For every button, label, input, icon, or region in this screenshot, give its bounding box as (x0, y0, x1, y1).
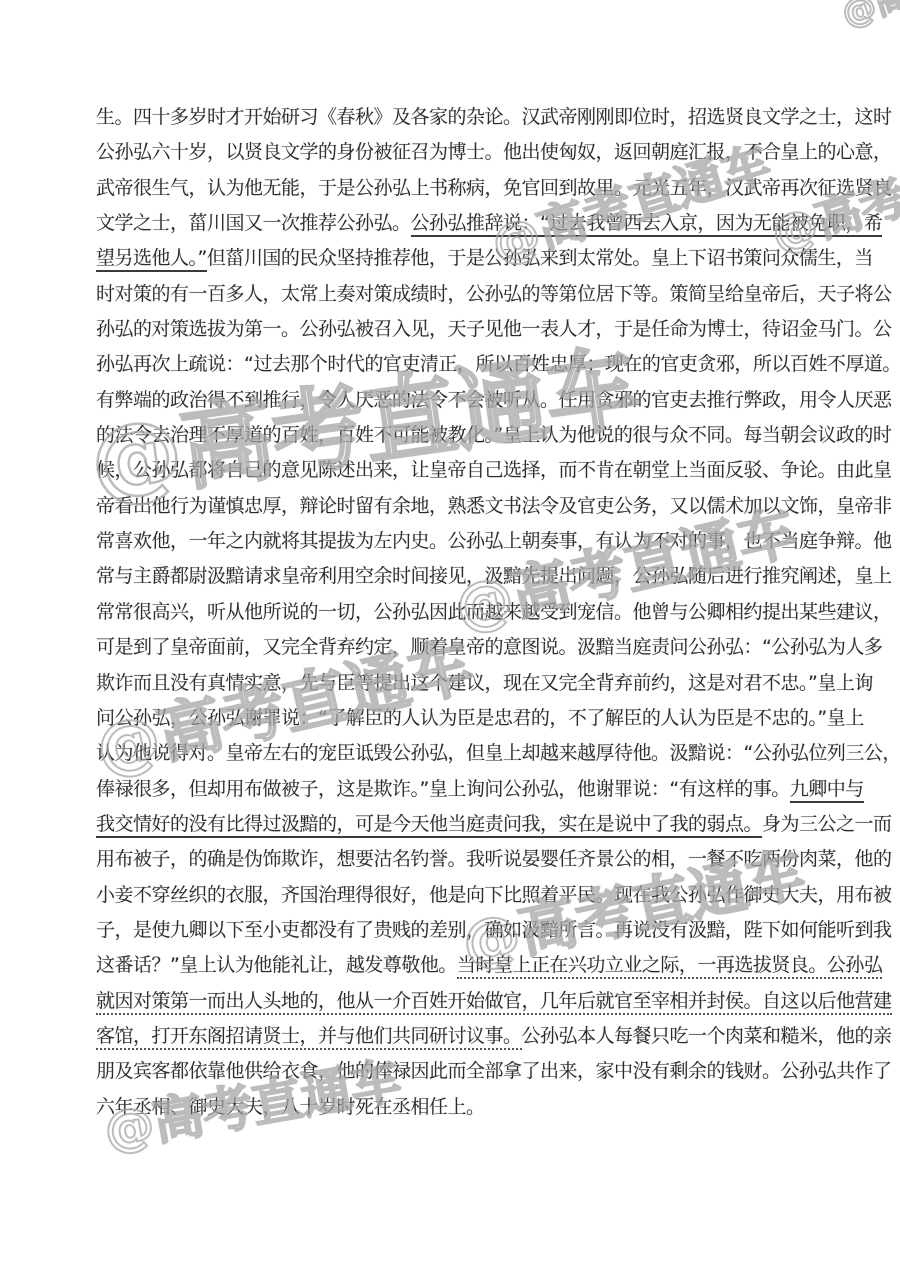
text-line: 的法令去治理不厚道的百姓，百姓不可能被教化。”皇上认为他说的很与众不同。每当朝会… (96, 418, 900, 453)
text-segment: 这番话？”皇上认为他能礼让，越发尊敬他。 (96, 954, 457, 976)
text-segment: 时对策的有一百多人，太常上奏对策成绩时，公孙弘的等第位居下等。策简呈给皇帝后，天… (96, 283, 892, 305)
text-segment: 常常很高兴，听从他所说的一切，公孙弘因此而越来越受到宠信。他曾与公卿相约提出某些… (96, 601, 892, 623)
text-line: 俸禄很多，但却用布做被子，这是欺诈。”皇上询问公孙弘，他谢罪说：“有这样的事。九… (96, 772, 900, 807)
text-line: 可是到了皇帝面前，又完全背弃约定，顺着皇帝的意图说。汲黯当庭责问公孙弘：“公孙弘… (96, 630, 900, 665)
text-segment: 常喜欢他，一年之内就将其提拔为左内史。公孙弘上朝奏事，有认为不对的事，也不当庭争… (96, 530, 892, 552)
text-line: 常喜欢他，一年之内就将其提拔为左内史。公孙弘上朝奏事，有认为不对的事，也不当庭争… (96, 524, 900, 559)
text-segment: 孙弘的对策选拔为第一。公孙弘被召入见，天子见他一表人才，于是任命为博士，待诏金马… (96, 318, 892, 340)
text-segment: 的法令去治理不厚道的百姓，百姓不可能被教化。”皇上认为他说的很与众不同。每当朝会… (96, 424, 891, 446)
text-segment: 但菑川国的民众坚持推荐他，于是公孙弘来到太常处。皇上下诏书策问众儒生，当 (207, 247, 873, 269)
scanned-document-page: @高考直通车 @高考直通车 @高考直通车 @高考直通车 @高考直通车 @高考直通… (0, 0, 900, 1272)
text-line: 候，公孙弘都将自己的意见陈述出来，让皇帝自己选择，而不肯在朝堂上当面反驳、争论。… (96, 453, 900, 488)
text-line: 欺诈而且没有真情实意，先与臣等提出这个建议，现在又完全背弃前约，这是对君不忠。”… (96, 666, 900, 701)
text-line: 常与主爵都尉汲黯请求皇帝利用空余时间接见，汲黯先提出问题，公孙弘随后进行推究阐述… (96, 559, 900, 594)
text-line: 望另选他人。”但菑川国的民众坚持推荐他，于是公孙弘来到太常处。皇上下诏书策问众儒… (96, 241, 900, 276)
text-line: 孙弘再次上疏说：“过去那个时代的官吏清正，所以百姓忠厚；现在的官吏贪邪，所以百姓… (96, 347, 900, 382)
text-line: 时对策的有一百多人，太常上奏对策成绩时，公孙弘的等第位居下等。策简呈给皇帝后，天… (96, 277, 900, 312)
text-segment: 候，公孙弘都将自己的意见陈述出来，让皇帝自己选择，而不肯在朝堂上当面反驳、争论。… (96, 459, 892, 481)
underlined-text-segment: 客馆，打开东阁招请贤士，并与他们共同研讨议事。 (96, 1025, 522, 1050)
text-line: 生。四十多岁时才开始研习《春秋》及各家的杂论。汉武帝刚刚即位时，招选贤良文学之士… (96, 100, 900, 135)
text-segment: 公孙弘本人每餐只吃一个肉菜和糙米，他的亲 (522, 1025, 892, 1047)
text-line: 认为他说得对。皇帝左右的宠臣诋毁公孙弘，但皇上却越来越厚待他。汲黯说：“公孙弘位… (96, 736, 900, 771)
text-segment: 欺诈而且没有真情实意，先与臣等提出这个建议，现在又完全背弃前约，这是对君不忠。”… (96, 672, 873, 694)
text-segment: 生。四十多岁时才开始研习《春秋》及各家的杂论。汉武帝刚刚即位时，招选贤良文学之士… (96, 106, 892, 128)
text-segment: 小妾不穿丝织的衣服，齐国治理得很好，他是向下比照着平民。现在我公孙弘作御史大夫，… (96, 884, 892, 906)
text-segment: 公孙弘六十岁，以贤良文学的身份被征召为博士。他出使匈奴，返回朝庭汇报，不合皇上的… (96, 141, 892, 163)
text-line: 文学之士，菑川国又一次推荐公孙弘。公孙弘推辞说：“过去我曾西去入京，因为无能被免… (96, 206, 900, 241)
text-line: 武帝很生气，认为他无能，于是公孙弘上书称病，免官回到故里。元光五年，汉武帝再次征… (96, 171, 900, 206)
underlined-text-segment: 当时皇上正在兴功立业之际，一再选拔贤良。公孙弘 (457, 954, 883, 979)
underlined-text-segment: 九卿中与 (790, 778, 864, 803)
underlined-text-segment: 公孙弘推辞说：“过去我曾西去入京，因为无能被免职，希 (411, 212, 883, 237)
text-segment: 子，是使九卿以下至小吏都没有了贵贱的差别，确如汲黯所言。再说没有汲黯，陛下如何能… (96, 919, 892, 941)
text-line: 常常很高兴，听从他所说的一切，公孙弘因此而越来越受到宠信。他曾与公卿相约提出某些… (96, 595, 900, 630)
text-line: 用布被子，的确是伪饰欺诈，想要沽名钓誉。我听说晏婴任齐景公的相，一餐不吃两份肉菜… (96, 842, 900, 877)
text-line: 有弊端的政治得不到推行，令人厌恶的法令不会被听从。任用贪邪的官吏去推行弊政，用令… (96, 383, 900, 418)
text-segment: 帝看出他行为谨慎忠厚，辩论时留有余地，熟悉文书法令及官吏公务，又以儒术加以文饰，… (96, 495, 892, 517)
text-segment: 朋及宾客都依靠他供给衣食，他的俸禄因此而全部拿了出来，家中没有剩余的钱财。公孙弘… (96, 1060, 892, 1082)
text-segment: 认为他说得对。皇帝左右的宠臣诋毁公孙弘，但皇上却越来越厚待他。汲黯说：“公孙弘位… (96, 742, 900, 764)
text-line: 朋及宾客都依靠他供给衣食，他的俸禄因此而全部拿了出来，家中没有剩余的钱财。公孙弘… (96, 1054, 900, 1089)
text-line: 就因对策第一而出人头地的，他从一介百姓开始做官，几年后就官至宰相并封侯。自这以后… (96, 984, 900, 1019)
text-line: 问公孙弘，公孙弘谢罪说：“了解臣的人认为臣是忠君的，不了解臣的人认为臣是不忠的。… (96, 701, 900, 736)
text-segment: 孙弘再次上疏说：“过去那个时代的官吏清正，所以百姓忠厚；现在的官吏贪邪，所以百姓… (96, 353, 900, 375)
text-segment: 六年丞相、御史大夫，八十岁时死在丞相任上。 (96, 1096, 485, 1118)
text-segment: 有弊端的政治得不到推行，令人厌恶的法令不会被听从。任用贪邪的官吏去推行弊政，用令… (96, 389, 892, 411)
text-segment: 常与主爵都尉汲黯请求皇帝利用空余时间接见，汲黯先提出问题，公孙弘随后进行推究阐述… (96, 565, 892, 587)
text-line: 公孙弘六十岁，以贤良文学的身份被征召为博士。他出使匈奴，返回朝庭汇报，不合皇上的… (96, 135, 900, 170)
text-segment: 俸禄很多，但却用布做被子，这是欺诈。”皇上询问公孙弘，他谢罪说：“有这样的事。 (96, 778, 790, 800)
text-segment: 用布被子，的确是伪饰欺诈，想要沽名钓誉。我听说晏婴任齐景公的相，一餐不吃两份肉菜… (96, 848, 892, 870)
document-body-text: 生。四十多岁时才开始研习《春秋》及各家的杂论。汉武帝刚刚即位时，招选贤良文学之士… (96, 100, 900, 1125)
text-segment: 问公孙弘，公孙弘谢罪说：“了解臣的人认为臣是忠君的，不了解臣的人认为臣是不忠的。… (96, 707, 864, 729)
watermark: @高考直通车 (834, 0, 900, 36)
text-line: 六年丞相、御史大夫，八十岁时死在丞相任上。 (96, 1090, 900, 1125)
text-line: 小妾不穿丝织的衣服，齐国治理得很好，他是向下比照着平民。现在我公孙弘作御史大夫，… (96, 878, 900, 913)
text-line: 这番话？”皇上认为他能礼让，越发尊敬他。当时皇上正在兴功立业之际，一再选拔贤良。… (96, 948, 900, 983)
text-segment: 身为三公之一而 (762, 813, 892, 835)
text-line: 客馆，打开东阁招请贤士，并与他们共同研讨议事。公孙弘本人每餐只吃一个肉菜和糙米，… (96, 1019, 900, 1054)
underlined-text-segment: 望另选他人。” (96, 247, 207, 272)
text-segment: 可是到了皇帝面前，又完全背弃约定，顺着皇帝的意图说。汲黯当庭责问公孙弘：“公孙弘… (96, 636, 882, 658)
text-line: 帝看出他行为谨慎忠厚，辩论时留有余地，熟悉文书法令及官吏公务，又以儒术加以文饰，… (96, 489, 900, 524)
text-segment: 文学之士，菑川国又一次推荐公孙弘。 (96, 212, 411, 234)
underlined-text-segment: 我交情好的没有比得过汲黯的，可是今天他当庭责问我，实在是说中了我的弱点。 (96, 813, 762, 838)
text-line: 我交情好的没有比得过汲黯的，可是今天他当庭责问我，实在是说中了我的弱点。身为三公… (96, 807, 900, 842)
text-line: 孙弘的对策选拔为第一。公孙弘被召入见，天子见他一表人才，于是任命为博士，待诏金马… (96, 312, 900, 347)
underlined-text-segment: 就因对策第一而出人头地的，他从一介百姓开始做官，几年后就官至宰相并封侯。自这以后… (96, 990, 892, 1015)
text-line: 子，是使九卿以下至小吏都没有了贵贱的差别，确如汲黯所言。再说没有汲黯，陛下如何能… (96, 913, 900, 948)
text-segment: 武帝很生气，认为他无能，于是公孙弘上书称病，免官回到故里。元光五年，汉武帝再次征… (96, 177, 892, 199)
